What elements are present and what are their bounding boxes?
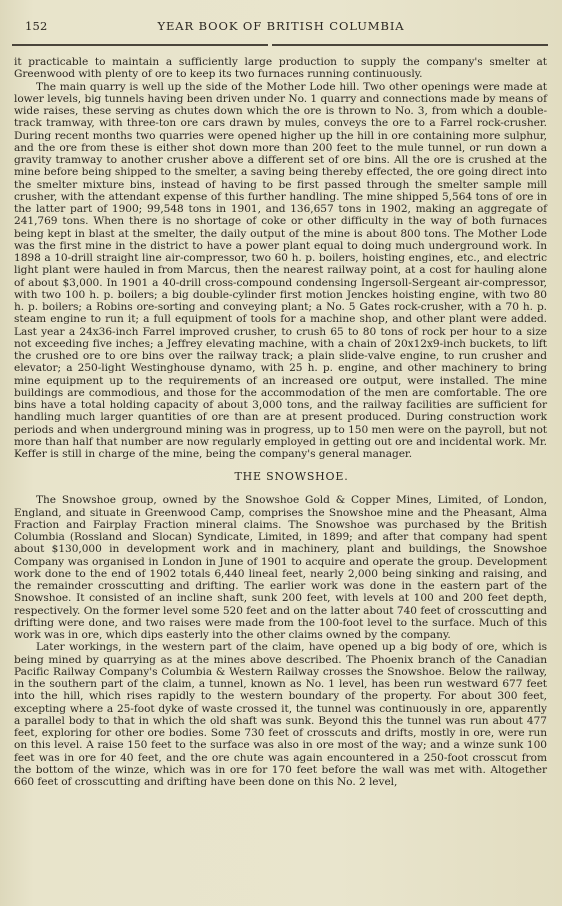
paragraph-continued: it practicable to maintain a sufficientl… [14,56,547,81]
book-page: 152 YEAR BOOK OF BRITISH COLUMBIA it pra… [0,0,562,906]
paragraph: The Snowshoe group, owned by the Snowsho… [14,494,547,641]
page-header: 152 YEAR BOOK OF BRITISH COLUMBIA [0,14,562,34]
page-body: it practicable to maintain a sufficientl… [14,56,547,788]
section-heading: THE SNOWSHOE. [14,470,547,484]
header-rule-right [272,44,548,46]
paragraph: Later workings, in the western part of t… [14,641,547,788]
running-title: YEAR BOOK OF BRITISH COLUMBIA [0,19,562,33]
paragraph: The main quarry is well up the side of t… [14,81,547,461]
header-rule-left [12,44,268,46]
